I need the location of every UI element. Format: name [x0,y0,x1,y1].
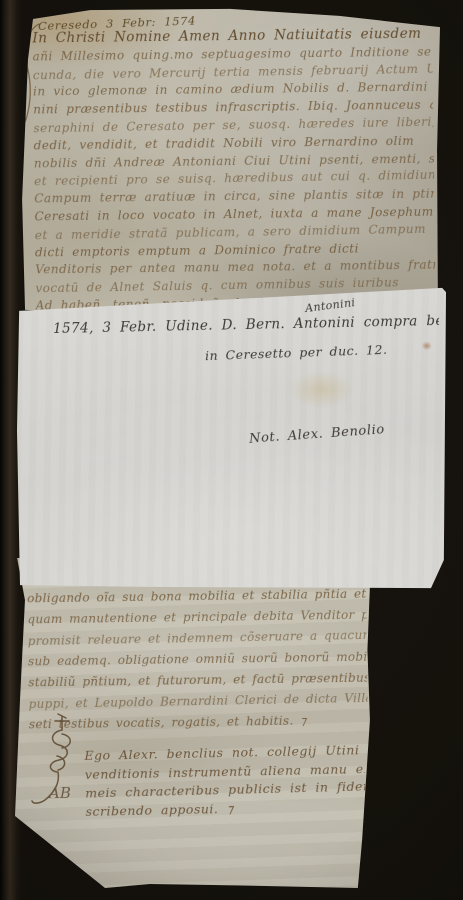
manuscript-text-top: In Christi Nomine Amen Anno Natiuitatis … [32,26,435,316]
manuscript-page-top: Ceresedo 3 Febr: 1574 In Christi Nomine … [20,8,440,312]
manuscript-page-bottom: obligando oĩa sua bona mobilia et stabil… [15,558,371,890]
slip-summary-line: 1574, 3 Febr. Udine. D. Bern. Antonini c… [53,313,439,337]
notary-sign-icon: AB [29,712,89,808]
notary-signature: Not. Alex. Benolio [249,422,386,446]
notary-subscription-text: Ego Alexr. benclius not. collegij Utini … [84,741,365,821]
slip-summary-line2: in Ceresetto per duc. 12. [205,342,388,363]
manuscript-photo: Ceresedo 3 Febr: 1574 In Christi Nomine … [0,0,463,900]
slip-name-annotation: Antonini [304,296,356,315]
archival-note-slip: Antonini 1574, 3 Febr. Udine. D. Bern. A… [17,287,446,589]
notary-monogram-letters: AB [47,784,71,802]
